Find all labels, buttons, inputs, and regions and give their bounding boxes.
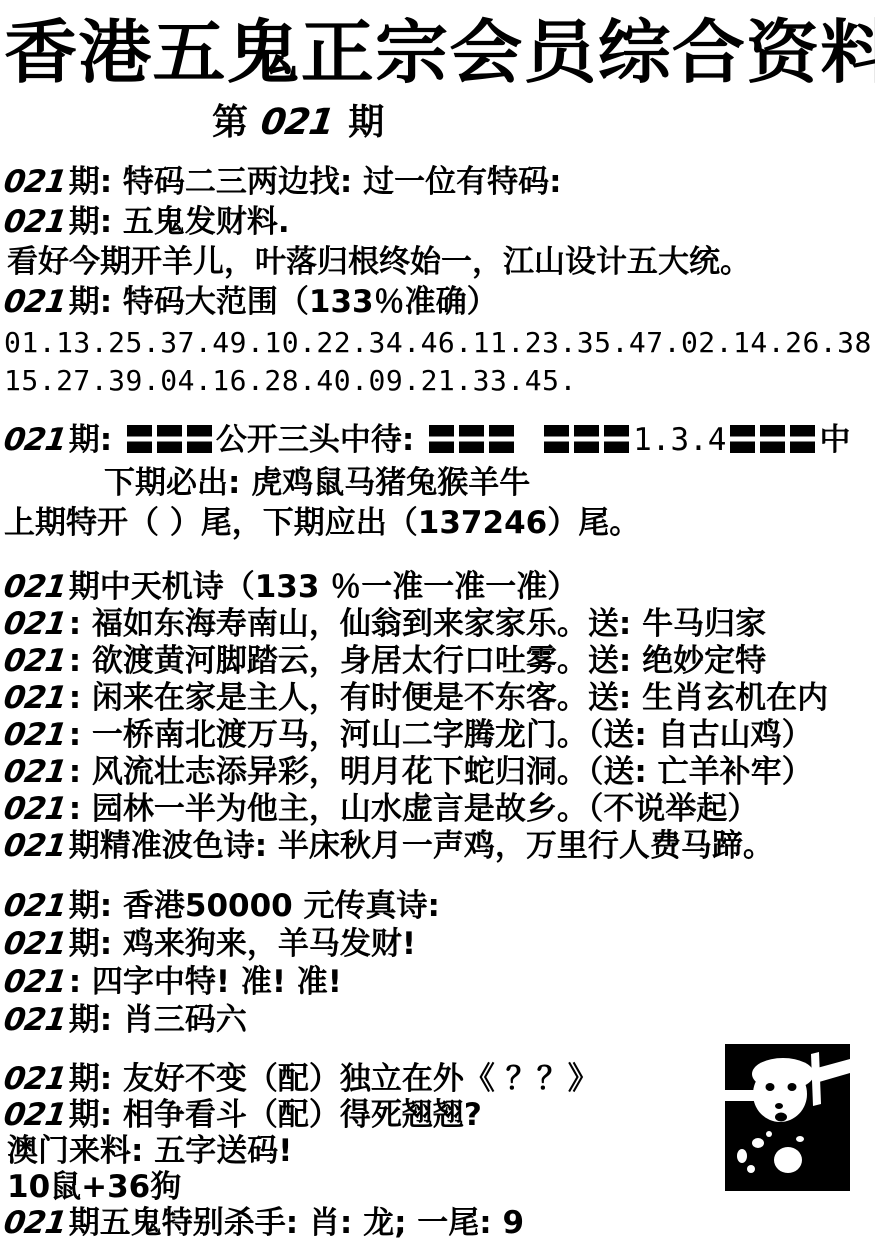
issue-number: 021 bbox=[1, 420, 71, 460]
fax-line: 021期: 肖三码六 bbox=[4, 1001, 875, 1039]
bottom-text: 澳门来料: 五字送码! bbox=[7, 1133, 292, 1169]
tip-text: 看好今期开羊儿，叶落归根终始一，江山设计五大统。 bbox=[7, 244, 751, 280]
censor-block bbox=[489, 425, 514, 453]
issue-prefix: 第 bbox=[212, 102, 261, 143]
poem-text: : 闲来在家是主人，有时便是不东客。送: 生肖玄机在内 bbox=[69, 680, 828, 716]
tail-prediction-line: 上期特开（ ）尾，下期应出（137246）尾。 bbox=[4, 503, 875, 543]
issue-number: 021 bbox=[1, 1061, 71, 1097]
man-portrait-photo bbox=[725, 1044, 850, 1191]
issue-number: 021 bbox=[1, 717, 71, 754]
censor-block bbox=[429, 425, 454, 453]
poem-text: : 欲渡黄河脚踏云，身居太行口吐雾。送: 绝妙定特 bbox=[69, 643, 766, 679]
issue-number: 021 bbox=[1, 643, 71, 680]
number-row: 15.27.39.04.16.28.40.09.21.33.45. bbox=[4, 362, 875, 400]
bottom-text: 期: 相争看斗（配）得死翘翘? bbox=[69, 1097, 482, 1133]
censor-blocks-icon bbox=[127, 423, 212, 463]
censor-block bbox=[544, 425, 569, 453]
issue-number: 021 bbox=[1, 162, 71, 202]
wave-poem-text: 期精准波色诗: 半床秋月一声鸡，万里行人费马蹄。 bbox=[69, 828, 774, 864]
poems-header-text: 期中天机诗（133 ％一准一准一准） bbox=[69, 569, 579, 605]
bottom-text: 期: 友好不变（配）独立在外《 ？？》 bbox=[69, 1061, 599, 1097]
fax-text: 期: 香港50000 元传真诗: bbox=[69, 888, 440, 924]
issue-number: 021 bbox=[1, 569, 71, 606]
number-row: 01.13.25.37.49.10.22.34.46.11.23.35.47.0… bbox=[4, 324, 875, 362]
issue-number: 021 bbox=[1, 1205, 71, 1238]
page-title: 香港五鬼正宗会员综合资料 bbox=[4, 6, 875, 100]
open3-mid-numbers: 1.3.4 bbox=[633, 422, 726, 458]
fax-line: 021: 四字中特! 准! 准! bbox=[4, 963, 875, 1001]
tip-line: 021期: 五鬼发财料. bbox=[4, 202, 875, 242]
issue-label: 第 021 期 bbox=[212, 100, 875, 146]
issue-number: 021 bbox=[1, 828, 71, 865]
bottom-text: 期五鬼特别杀手: 肖: 龙; 一尾: 9 bbox=[69, 1205, 524, 1238]
issue-number: 021 bbox=[1, 963, 71, 1001]
open3-suffix: 中 bbox=[819, 422, 850, 458]
tip-text: 期: 五鬼发财料. bbox=[69, 204, 290, 240]
issue-number: 021 bbox=[1, 606, 71, 643]
censor-block bbox=[790, 425, 815, 453]
issue-number: 021 bbox=[257, 100, 339, 146]
tip-sheet-page: 香港五鬼正宗会员综合资料 第 021 期 021期: 特码二三两边找: 过一位有… bbox=[0, 6, 875, 1238]
poem-line: 021: 一桥南北渡万马，河山二字腾龙门。（送: 自古山鸡） bbox=[4, 717, 875, 754]
next-zodiac-line: 下期必出: 虎鸡鼠马猪兔猴羊牛 bbox=[4, 463, 875, 503]
tips-section: 021期: 特码二三两边找: 过一位有特码: 021期: 五鬼发财料. 看好今期… bbox=[4, 162, 875, 322]
tip-text: 期: 特码大范围（133％准确） bbox=[69, 284, 498, 320]
poem-text: : 风流壮志添异彩，明月花下蛇归洞。（送: 亡羊补牢） bbox=[69, 754, 813, 790]
wave-color-poem-line: 021期精准波色诗: 半床秋月一声鸡，万里行人费马蹄。 bbox=[4, 828, 875, 865]
poem-text: : 福如东海寿南山，仙翁到来家家乐。送: 牛马归家 bbox=[69, 606, 766, 642]
fax-text: 期: 肖三码六 bbox=[69, 1002, 247, 1038]
censor-block bbox=[127, 425, 152, 453]
tip-line: 看好今期开羊儿，叶落归根终始一，江山设计五大统。 bbox=[4, 242, 875, 282]
fax-text: 期: 鸡来狗来，羊马发财! bbox=[69, 926, 416, 962]
censor-block bbox=[730, 425, 755, 453]
censor-block bbox=[157, 425, 182, 453]
fax-line: 021期: 鸡来狗来，羊马发财! bbox=[4, 925, 875, 963]
bottom-text: 10鼠+36狗 bbox=[7, 1169, 181, 1205]
issue-number: 021 bbox=[1, 791, 71, 828]
fax-poem-section: 021期: 香港50000 元传真诗: 021期: 鸡来狗来，羊马发财! 021… bbox=[4, 887, 875, 1039]
issue-number: 021 bbox=[1, 925, 71, 963]
killer-line: 021期五鬼特别杀手: 肖: 龙; 一尾: 9 bbox=[4, 1205, 875, 1238]
censor-block bbox=[574, 425, 599, 453]
issue-number: 021 bbox=[1, 680, 71, 717]
fax-text: : 四字中特! 准! 准! bbox=[69, 964, 342, 1000]
poem-text: : 园林一半为他主，山水虚言是故乡。（不说举起） bbox=[69, 791, 759, 827]
poem-line: 021: 园林一半为他主，山水虚言是故乡。（不说举起） bbox=[4, 791, 875, 828]
censor-block bbox=[760, 425, 785, 453]
sky-machine-poems-section: 021期中天机诗（133 ％一准一准一准） 021: 福如东海寿南山，仙翁到来家… bbox=[4, 569, 875, 865]
censor-block bbox=[459, 425, 484, 453]
open-three-heads-section: 021期: 公开三头中待: 1.3.4中 下期必出: 虎鸡鼠马猪兔猴羊牛 上期特… bbox=[4, 420, 875, 543]
issue-number: 021 bbox=[1, 887, 71, 925]
issue-number: 021 bbox=[1, 202, 71, 242]
fax-line: 021期: 香港50000 元传真诗: bbox=[4, 887, 875, 925]
issue-number: 021 bbox=[1, 282, 71, 322]
poem-line: 021: 风流壮志添异彩，明月花下蛇归洞。（送: 亡羊补牢） bbox=[4, 754, 875, 791]
poem-text: : 一桥南北渡万马，河山二字腾龙门。（送: 自古山鸡） bbox=[69, 717, 813, 753]
issue-suffix: 期 bbox=[336, 102, 385, 143]
tip-line: 021期: 特码大范围（133％准确） bbox=[4, 282, 875, 322]
open-three-heads-line: 021期: 公开三头中待: 1.3.4中 bbox=[4, 420, 875, 463]
special-number-range-section: 01.13.25.37.49.10.22.34.46.11.23.35.47.0… bbox=[4, 324, 875, 400]
censor-blocks-icon bbox=[544, 423, 629, 463]
poem-line: 021: 欲渡黄河脚踏云，身居太行口吐雾。送: 绝妙定特 bbox=[4, 643, 875, 680]
tip-text: 期: 特码二三两边找: 过一位有特码: bbox=[69, 164, 562, 200]
censor-blocks-icon bbox=[429, 423, 514, 463]
censor-blocks-icon bbox=[730, 423, 815, 463]
open3-prefix: 期: bbox=[69, 422, 123, 458]
tip-line: 021期: 特码二三两边找: 过一位有特码: bbox=[4, 162, 875, 202]
issue-number: 021 bbox=[1, 1001, 71, 1039]
poem-line: 021: 福如东海寿南山，仙翁到来家家乐。送: 牛马归家 bbox=[4, 606, 875, 643]
issue-number: 021 bbox=[1, 1097, 71, 1133]
open3-label: 公开三头中待: bbox=[216, 422, 425, 458]
issue-number: 021 bbox=[1, 754, 71, 791]
censor-block bbox=[187, 425, 212, 453]
poems-header: 021期中天机诗（133 ％一准一准一准） bbox=[4, 569, 875, 606]
poem-line: 021: 闲来在家是主人，有时便是不东客。送: 生肖玄机在内 bbox=[4, 680, 875, 717]
censor-block bbox=[604, 425, 629, 453]
